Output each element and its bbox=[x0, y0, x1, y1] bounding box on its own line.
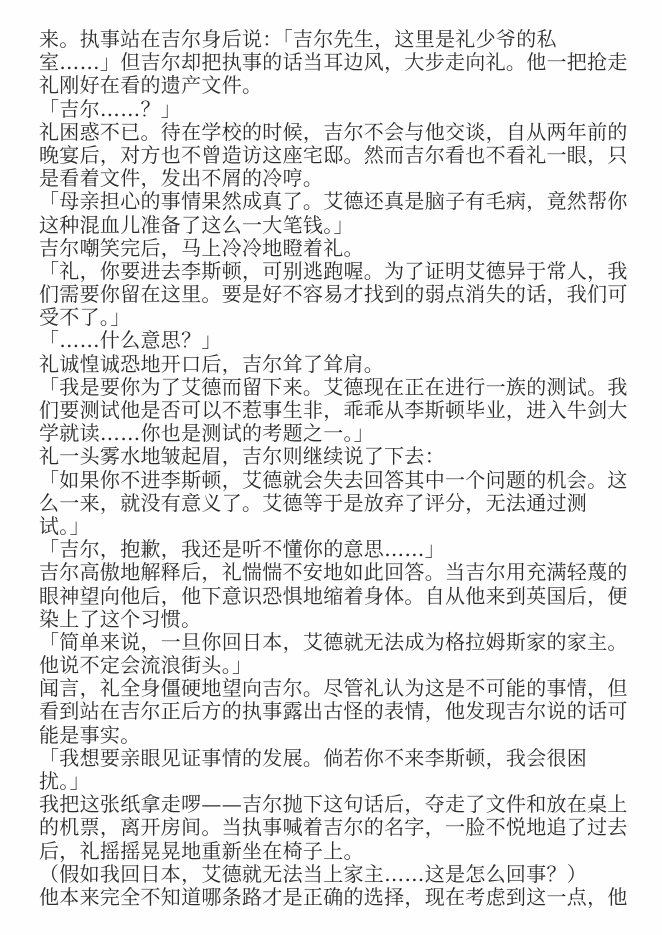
text-line: 是看着文件，发出不屑的冷哼。 bbox=[39, 167, 631, 190]
text-line: 我把这张纸拿走啰——吉尔抛下这句话后，夺走了文件和放在桌上 bbox=[39, 793, 631, 816]
text-line: 室……」但吉尔却把执事的话当耳边风，大步走向礼。他一把抢走 bbox=[39, 51, 631, 74]
text-line: 么一来，就没有意义了。艾德等于是放弃了评分，无法通过测 bbox=[39, 492, 631, 515]
text-line: 后，礼摇摇晃晃地重新坐在椅子上。 bbox=[39, 840, 631, 863]
text-line: 们需要你留在这里。要是好不容易才找到的弱点消失的话，我们可 bbox=[39, 283, 631, 306]
text-line: （假如我回日本，艾德就无法当上家主……这是怎么回事？） bbox=[39, 863, 631, 886]
novel-text-block: 来。执事站在吉尔身后说：「吉尔先生，这里是礼少爷的私室……」但吉尔却把执事的话当… bbox=[39, 28, 631, 909]
text-line: 礼困惑不已。待在学校的时候，吉尔不会与他交谈，自从两年前的 bbox=[39, 121, 631, 144]
text-line: 「礼，你要进去李斯顿，可别逃跑喔。为了证明艾德异于常人，我 bbox=[39, 260, 631, 283]
text-line: 晚宴后，对方也不曾造访这座宅邸。然而吉尔看也不看礼一眼，只 bbox=[39, 144, 631, 167]
text-line: 的机票，离开房间。当执事喊着吉尔的名字，一脸不悦地追了过去 bbox=[39, 816, 631, 839]
text-line: 礼一头雾水地皱起眉，吉尔则继续说了下去： bbox=[39, 445, 631, 468]
text-line: 能是事实。 bbox=[39, 724, 631, 747]
text-line: 们要测试他是否可以不惹事生非，乖乖从李斯顿毕业，进入牛剑大 bbox=[39, 399, 631, 422]
text-line: 学就读……你也是测试的考题之一。」 bbox=[39, 422, 631, 445]
text-line: 「……什么意思？」 bbox=[39, 329, 631, 352]
text-line: 吉尔高傲地解释后，礼惴惴不安地如此回答。当吉尔用充满轻蔑的 bbox=[39, 561, 631, 584]
document-page: 来。执事站在吉尔身后说：「吉尔先生，这里是礼少爷的私室……」但吉尔却把执事的话当… bbox=[0, 0, 662, 935]
text-line: 这种混血儿准备了这么一大笔钱。」 bbox=[39, 214, 631, 237]
text-line: 来。执事站在吉尔身后说：「吉尔先生，这里是礼少爷的私 bbox=[39, 28, 631, 51]
text-line: 「我想要亲眼见证事情的发展。倘若你不来李斯顿，我会很困 bbox=[39, 747, 631, 770]
text-line: 眼神望向他后，他下意识恐惧地缩着身体。自从他来到英国后，便 bbox=[39, 585, 631, 608]
text-line: 他说不定会流浪街头。」 bbox=[39, 654, 631, 677]
text-line: 礼刚好在看的遗产文件。 bbox=[39, 74, 631, 97]
text-line: 「吉尔……？」 bbox=[39, 98, 631, 121]
text-line: 看到站在吉尔正后方的执事露出古怪的表情，他发现吉尔说的话可 bbox=[39, 700, 631, 723]
text-line: 「吉尔，抱歉，我还是听不懂你的意思……」 bbox=[39, 538, 631, 561]
text-line: 试。」 bbox=[39, 515, 631, 538]
text-line: 「我是要你为了艾德而留下来。艾德现在正在进行一族的测试。我 bbox=[39, 376, 631, 399]
text-line: 礼诚惶诚恐地开口后，吉尔耸了耸肩。 bbox=[39, 353, 631, 376]
text-line: 「简单来说，一旦你回日本，艾德就无法成为格拉姆斯家的家主。 bbox=[39, 631, 631, 654]
text-line: 吉尔嘲笑完后，马上冷冷地瞪着礼。 bbox=[39, 237, 631, 260]
text-line: 「母亲担心的事情果然成真了。艾德还真是脑子有毛病，竟然帮你 bbox=[39, 190, 631, 213]
text-line: 「如果你不进李斯顿，艾德就会失去回答其中一个问题的机会。这 bbox=[39, 469, 631, 492]
text-line: 扰。」 bbox=[39, 770, 631, 793]
text-line: 染上了这个习惯。 bbox=[39, 608, 631, 631]
text-line: 闻言，礼全身僵硬地望向吉尔。尽管礼认为这是不可能的事情，但 bbox=[39, 677, 631, 700]
text-line: 他本来完全不知道哪条路才是正确的选择，现在考虑到这一点，他 bbox=[39, 886, 631, 909]
text-line: 受不了。」 bbox=[39, 306, 631, 329]
